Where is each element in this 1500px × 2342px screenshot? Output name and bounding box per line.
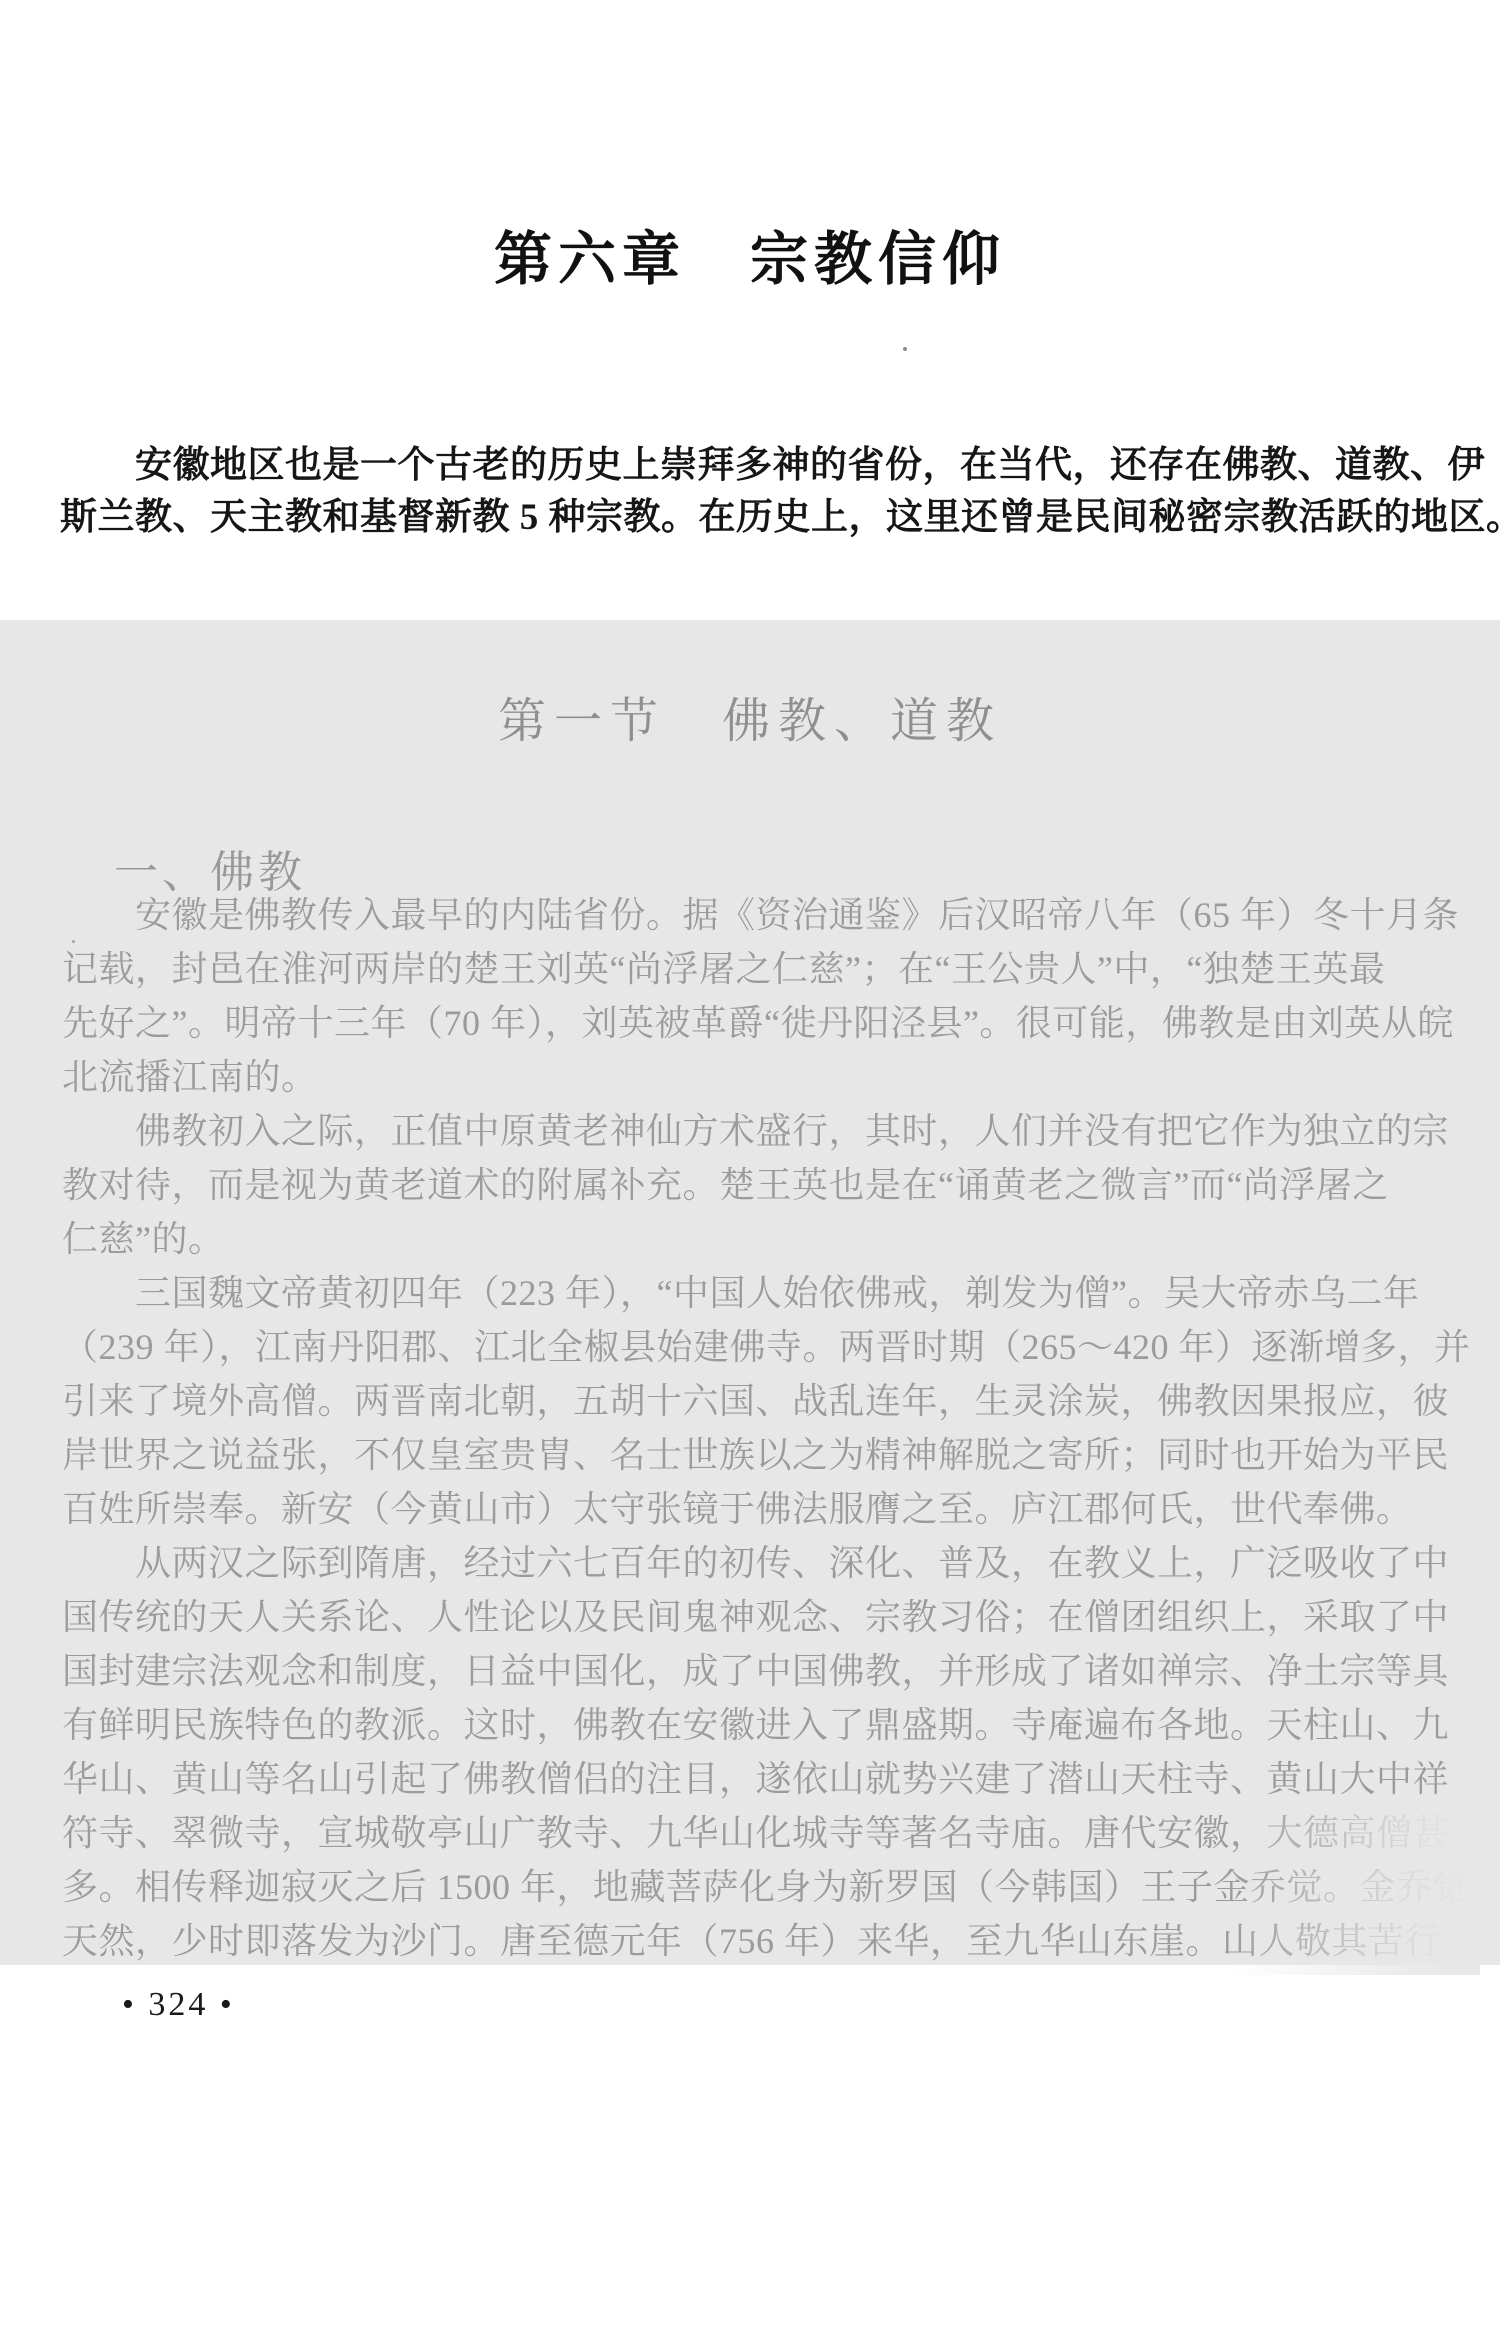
- text-line: 百姓所崇奉。新安（今黄山市）太守张镜于佛法服膺之至。庐江郡何氏，世代奉佛。: [62, 1482, 1452, 1536]
- text-line: 三国魏文帝黄初四年（223 年），“中国人始依佛戒，剃发为僧”。吴大帝赤乌二年: [62, 1266, 1452, 1320]
- page-number: • 324 •: [122, 1986, 235, 2024]
- paragraph: 安徽是佛教传入最早的内陆省份。据《资治通鉴》后汉昭帝八年（65 年）冬十月条记载…: [62, 888, 1452, 1104]
- text-line: 安徽是佛教传入最早的内陆省份。据《资治通鉴》后汉昭帝八年（65 年）冬十月条: [62, 888, 1452, 942]
- chapter-title: 第六章 宗教信仰: [0, 212, 1500, 296]
- text-line: 教对待，而是视为黄老道术的附属补充。楚王英也是在“诵黄老之微言”而“尚浮屠之: [62, 1158, 1452, 1212]
- ink-speck: [903, 347, 907, 351]
- text-line: （239 年），江南丹阳郡、江北全椒县始建佛寺。两晋时期（265～420 年）逐…: [62, 1320, 1452, 1374]
- text-line: 多。相传释迦寂灭之后 1500 年，地藏菩萨化身为新罗国（今韩国）王子金乔觉。金…: [62, 1860, 1452, 1914]
- intro-paragraph: 安徽地区也是一个古老的历史上崇拜多神的省份，在当代，还存在佛教、道教、伊斯兰教、…: [60, 440, 1470, 544]
- text-line: 仁慈”的。: [62, 1212, 1452, 1266]
- text-line: 北流播江南的。: [62, 1050, 1452, 1104]
- paragraph: 从两汉之际到隋唐，经过六七百年的初传、深化、普及，在教义上，广泛吸收了中国传统的…: [62, 1536, 1452, 1968]
- ink-speck: [72, 940, 75, 943]
- text-line: 记载，封邑在淮河两岸的楚王刘英“尚浮屠之仁慈”；在“王公贵人”中，“独楚王英最: [62, 942, 1452, 996]
- text-line: 岸世界之说益张，不仅皇室贵胄、名士世族以之为精神解脱之寄所；同时也开始为平民: [62, 1428, 1452, 1482]
- text-line: 有鲜明民族特色的教派。这时，佛教在安徽进入了鼎盛期。寺庵遍布各地。天柱山、九: [62, 1698, 1452, 1752]
- text-line: 天然，少时即落发为沙门。唐至德元年（756 年）来华，至九华山东崖。山人敬其苦行: [62, 1914, 1452, 1968]
- text-line: 从两汉之际到隋唐，经过六七百年的初传、深化、普及，在教义上，广泛吸收了中: [62, 1536, 1452, 1590]
- text-line: 安徽地区也是一个古老的历史上崇拜多神的省份，在当代，还存在佛教、道教、伊: [60, 440, 1470, 492]
- paragraph: 三国魏文帝黄初四年（223 年），“中国人始依佛戒，剃发为僧”。吴大帝赤乌二年（…: [62, 1266, 1452, 1536]
- paragraph: 佛教初入之际，正值中原黄老神仙方术盛行，其时，人们并没有把它作为独立的宗教对待，…: [62, 1104, 1452, 1266]
- text-line: 国封建宗法观念和制度，日益中国化，成了中国佛教，并形成了诸如禅宗、净土宗等具: [62, 1644, 1452, 1698]
- section-title: 第一节 佛教、道教: [0, 682, 1500, 751]
- text-line: 华山、黄山等名山引起了佛教僧侣的注目，遂依山就势兴建了潜山天柱寺、黄山大中祥: [62, 1752, 1452, 1806]
- text-line: 斯兰教、天主教和基督新教 5 种宗教。在历史上，这里还曾是民间秘密宗教活跃的地区…: [60, 492, 1470, 544]
- book-page: 第六章 宗教信仰 安徽地区也是一个古老的历史上崇拜多神的省份，在当代，还存在佛教…: [0, 0, 1500, 2342]
- text-line: 佛教初入之际，正值中原黄老神仙方术盛行，其时，人们并没有把它作为独立的宗: [62, 1104, 1452, 1158]
- body-paragraphs: 安徽是佛教传入最早的内陆省份。据《资治通鉴》后汉昭帝八年（65 年）冬十月条记载…: [62, 888, 1452, 1968]
- section-background: 第一节 佛教、道教 一、佛教 安徽是佛教传入最早的内陆省份。据《资治通鉴》后汉昭…: [0, 620, 1500, 1965]
- text-line: 先好之”。明帝十三年（70 年），刘英被革爵“徙丹阳泾县”。很可能，佛教是由刘英…: [62, 996, 1452, 1050]
- text-line: 引来了境外高僧。两晋南北朝，五胡十六国、战乱连年，生灵涂炭，佛教因果报应，彼: [62, 1374, 1452, 1428]
- text-line: 国传统的天人关系论、人性论以及民间鬼神观念、宗教习俗；在僧团组织上，采取了中: [62, 1590, 1452, 1644]
- text-line: 符寺、翠微寺，宣城敬亭山广教寺、九华山化城寺等著名寺庙。唐代安徽，大德高僧甚: [62, 1806, 1452, 1860]
